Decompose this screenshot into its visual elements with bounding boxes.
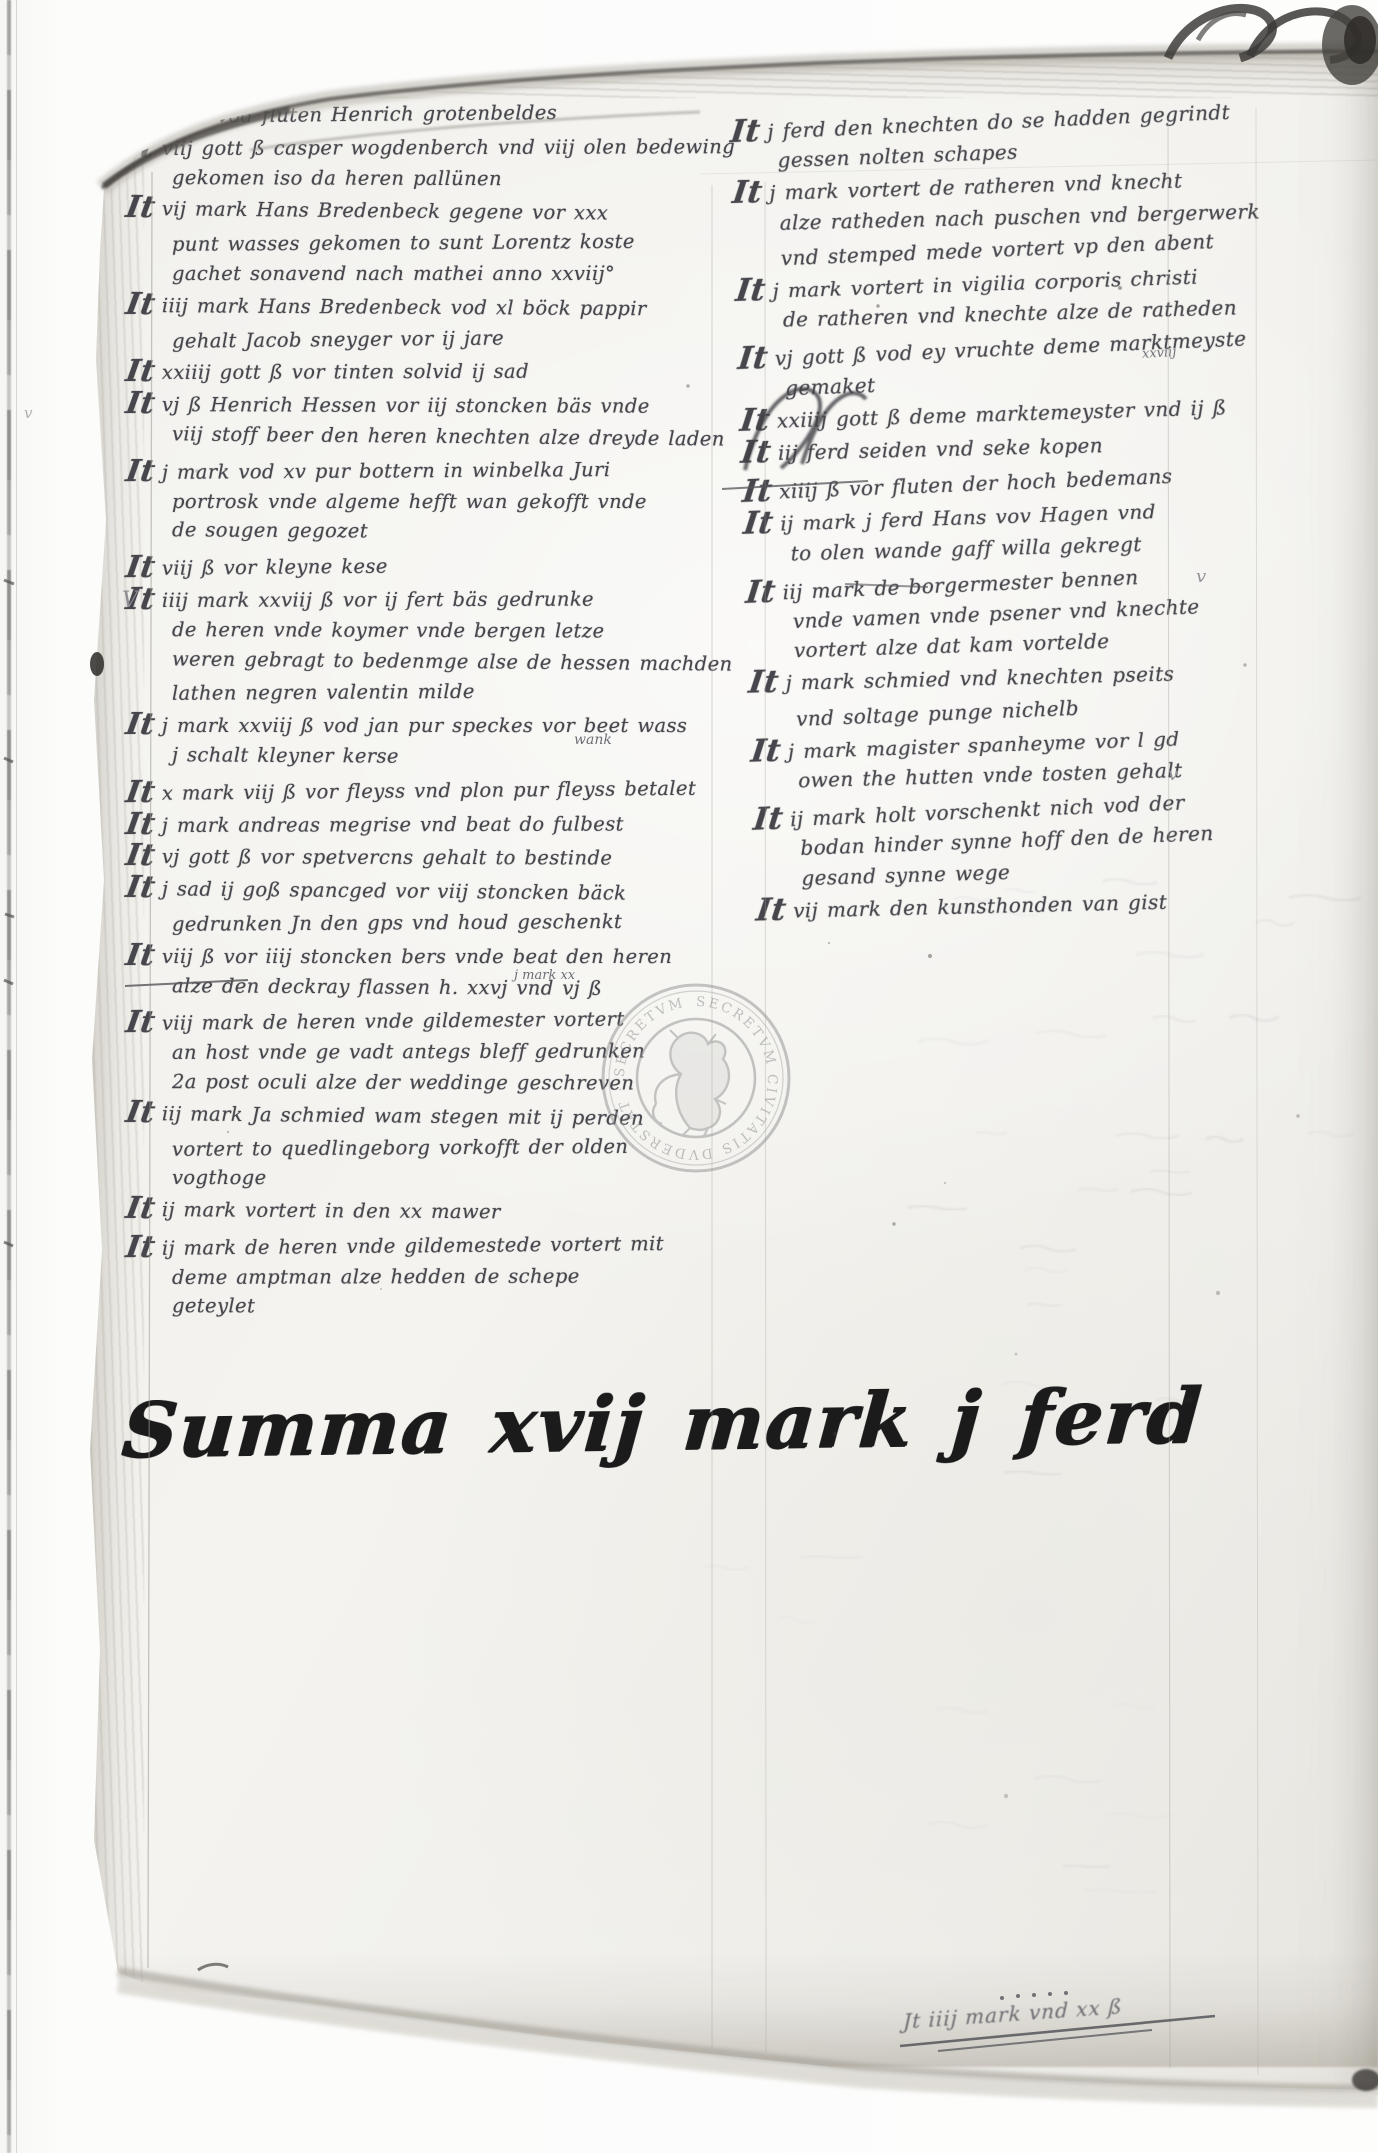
item-mark: It <box>744 576 777 609</box>
item-mark: It <box>739 437 773 469</box>
manuscript-line: Itviij ß vor kleyne kese <box>126 545 786 585</box>
item-mark: It <box>123 290 157 321</box>
manuscript-line: Itj mark xxviij ß vod jan pur speckes vo… <box>126 708 786 742</box>
item-mark: It <box>124 1008 157 1039</box>
manuscript-line: Itxxiiij gott ß vor tinten solvid ij sad <box>126 353 786 389</box>
manuscript-line: Itj sad ij goß spancged vor viij stoncke… <box>126 871 786 911</box>
item-mark: It <box>729 116 762 149</box>
manuscript-line: Itviij gott ß casper wogdenberch vnd vii… <box>126 129 786 165</box>
page-bottom-worn-edge <box>110 1952 1378 2067</box>
manuscript-line: Itiij mark Ja schmied wam stegen mit ij … <box>126 1096 786 1136</box>
manuscript-line: vortert to quedlingeborg vorkofft der ol… <box>126 1130 786 1165</box>
manuscript-line: gehalt Jacob sneyger vor ij jare <box>126 320 786 357</box>
manuscript-line: portrosk vnde algeme hefft wan gekofft v… <box>126 487 786 518</box>
marginal-note-wank: wank <box>574 732 612 748</box>
manuscript-line: Itiiij mark Hans Bredenbeck vod xl böck … <box>126 288 786 326</box>
item-mark: It <box>741 476 774 509</box>
marginal-mark-v-right-1: v <box>1196 566 1206 587</box>
item-mark: It <box>124 809 158 840</box>
marginal-mark-v-left: V <box>122 588 138 613</box>
manuscript-line: 2a post oculi alze der weddinge geschrev… <box>126 1067 786 1100</box>
item-mark: It <box>749 735 783 767</box>
manuscript-line: viij stoff beer den heren knechten alze … <box>126 419 786 456</box>
manuscript-line: punt wasses gekomen to sunt Lorentz kost… <box>126 226 786 261</box>
item-mark: It <box>124 778 157 809</box>
marginal-mark-v-right-2: v <box>1168 764 1178 785</box>
item-mark: It <box>754 895 788 927</box>
item-mark: It <box>123 873 157 904</box>
manuscript-line: Itij mark vortert in den xx mawer <box>126 1192 786 1230</box>
marginal-mark-v-background: v <box>24 404 32 422</box>
item-mark: It <box>124 357 158 388</box>
item-mark: It <box>123 1194 157 1225</box>
manuscript-line: Itviij ß vor iiij stoncken bers vnde bea… <box>126 939 786 973</box>
manuscript-line: deme amptman alze hedden de schepe <box>126 1261 786 1294</box>
item-mark: It <box>124 553 157 584</box>
page-top-worn-edge <box>95 46 1378 98</box>
item-mark: It <box>124 1233 157 1264</box>
manuscript-line: Itvj gott ß vor spetvercns gehalt to bes… <box>126 839 786 875</box>
manuscript-line: Itvj ß Henrich Hessen vor iij stoncken b… <box>126 387 786 423</box>
item-mark: It <box>752 804 785 837</box>
manuscript-line: Itvij ß vod fluten Henrich grotenbeldes <box>126 93 786 133</box>
manuscript-line: gekomen iso da heren pallünen <box>126 163 786 196</box>
right-column: Itj ferd den knechten do se hadden gegri… <box>730 90 1378 930</box>
item-mark: It <box>123 193 157 224</box>
manuscript-line: lathen negren valentin milde <box>126 675 786 710</box>
manuscript-line: vogthoge <box>126 1163 786 1194</box>
item-mark: It <box>124 841 158 872</box>
item-mark: It <box>731 177 765 209</box>
manuscript-line: Itviij mark de heren vnde gildemester vo… <box>126 1000 786 1040</box>
item-mark: It <box>738 405 772 437</box>
manuscript-line: Itiiij mark xxviij ß vor ij fert bäs ged… <box>126 581 786 617</box>
marginal-note-xxviij: xxviij <box>1142 345 1177 362</box>
item-mark: It <box>736 343 769 376</box>
marginal-note-amount: j mark xx <box>514 968 575 983</box>
manuscript-line: Itvij mark Hans Bredenbeck gegene vor xx… <box>126 191 786 231</box>
item-mark: It <box>124 710 158 741</box>
manuscript-line: gachet sonavend nach mathei anno xxviij° <box>126 259 786 290</box>
item-mark: It <box>734 275 768 307</box>
item-mark: It <box>124 389 158 420</box>
item-mark: It <box>123 1098 157 1129</box>
item-mark: It <box>124 133 158 164</box>
summa-total-line: Summa xvij mark j ferd <box>119 1370 1205 1474</box>
manuscript-line: Itj mark vod xv pur bottern in winbelka … <box>126 451 786 489</box>
item-mark: It <box>747 667 781 699</box>
scan-gutter-edge <box>7 0 11 2153</box>
manuscript-line: Itij mark de heren vnde gildemestede vor… <box>126 1225 786 1265</box>
manuscript-line: gedrunken Jn den gps vnd houd geschenkt <box>126 906 786 941</box>
item-mark: It <box>124 457 158 488</box>
manuscript-line: j schalt kleyner kerse <box>126 740 786 775</box>
item-mark: It <box>124 101 157 132</box>
item-mark: It <box>124 941 158 972</box>
manuscript-line: an host vnde ge vadt antegs bleff gedrun… <box>126 1036 786 1069</box>
manuscript-line: de heren vnde koymer vnde bergen letze <box>126 615 786 648</box>
manuscript-scan: Itvij ß vod fluten Henrich grotenbeldesI… <box>0 0 1378 2153</box>
scan-gutter-edge-2 <box>16 0 17 2153</box>
manuscript-line: geteylet <box>126 1291 786 1324</box>
left-column: Itvij ß vod fluten Henrich grotenbeldesI… <box>126 96 786 1323</box>
manuscript-line: Itj mark andreas megrise vnd beat do ful… <box>126 805 786 841</box>
manuscript-page: Itvij ß vod fluten Henrich grotenbeldesI… <box>0 0 1378 2153</box>
item-mark: It <box>742 508 776 540</box>
manuscript-line: Itx mark viij ß vor fleyss vnd plon pur … <box>126 770 786 810</box>
